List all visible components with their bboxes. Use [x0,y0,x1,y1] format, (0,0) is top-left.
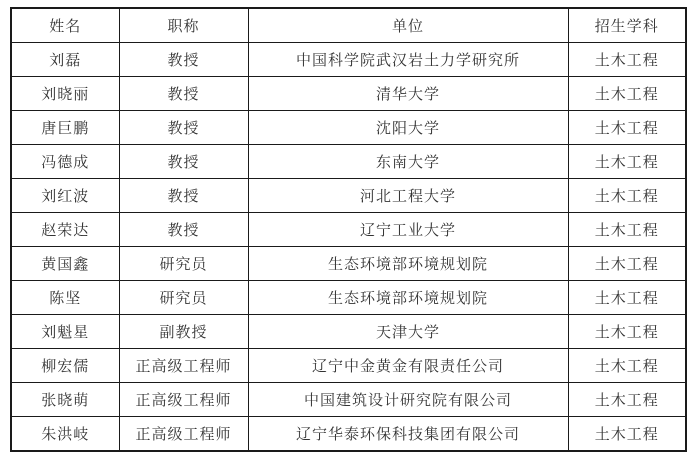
table-body: 刘磊教授中国科学院武汉岩土力学研究所土木工程刘晓丽教授清华大学土木工程唐巨鹏教授… [11,43,686,452]
cell-subject: 土木工程 [568,247,686,281]
header-cell-title: 职称 [119,8,248,43]
cell-name: 刘晓丽 [11,77,119,111]
table-row: 唐巨鹏教授沈阳大学土木工程 [11,111,686,145]
cell-title: 研究员 [119,247,248,281]
header-cell-name: 姓名 [11,8,119,43]
cell-subject: 土木工程 [568,349,686,383]
cell-name: 陈坚 [11,281,119,315]
cell-organization: 沈阳大学 [248,111,568,145]
cell-name: 赵荣达 [11,213,119,247]
cell-subject: 土木工程 [568,145,686,179]
cell-name: 唐巨鹏 [11,111,119,145]
header-cell-organization: 单位 [248,8,568,43]
table-row: 陈坚研究员生态环境部环境规划院土木工程 [11,281,686,315]
cell-subject: 土木工程 [568,417,686,452]
cell-subject: 土木工程 [568,383,686,417]
cell-subject: 土木工程 [568,179,686,213]
cell-name: 朱洪岐 [11,417,119,452]
table-row: 刘红波教授河北工程大学土木工程 [11,179,686,213]
cell-subject: 土木工程 [568,43,686,77]
table-row: 刘磊教授中国科学院武汉岩土力学研究所土木工程 [11,43,686,77]
cell-organization: 河北工程大学 [248,179,568,213]
cell-subject: 土木工程 [568,77,686,111]
table-row: 柳宏儒正高级工程师辽宁中金黄金有限责任公司土木工程 [11,349,686,383]
cell-title: 教授 [119,77,248,111]
cell-name: 柳宏儒 [11,349,119,383]
table-row: 刘魁星副教授天津大学土木工程 [11,315,686,349]
cell-organization: 辽宁华泰环保科技集团有限公司 [248,417,568,452]
table-row: 朱洪岐正高级工程师辽宁华泰环保科技集团有限公司土木工程 [11,417,686,452]
table-row: 冯德成教授东南大学土木工程 [11,145,686,179]
cell-organization: 辽宁工业大学 [248,213,568,247]
cell-organization: 生态环境部环境规划院 [248,247,568,281]
cell-organization: 生态环境部环境规划院 [248,281,568,315]
cell-subject: 土木工程 [568,213,686,247]
cell-title: 正高级工程师 [119,349,248,383]
table-row: 黄国鑫研究员生态环境部环境规划院土木工程 [11,247,686,281]
cell-name: 刘磊 [11,43,119,77]
cell-title: 教授 [119,145,248,179]
cell-organization: 天津大学 [248,315,568,349]
faculty-roster-table: 姓名职称单位招生学科 刘磊教授中国科学院武汉岩土力学研究所土木工程刘晓丽教授清华… [10,7,687,452]
cell-title: 正高级工程师 [119,417,248,452]
cell-name: 张晓萌 [11,383,119,417]
cell-title: 教授 [119,179,248,213]
table-header: 姓名职称单位招生学科 [11,8,686,43]
table-container: 姓名职称单位招生学科 刘磊教授中国科学院武汉岩土力学研究所土木工程刘晓丽教授清华… [10,7,687,452]
cell-name: 刘红波 [11,179,119,213]
table-row: 张晓萌正高级工程师中国建筑设计研究院有限公司土木工程 [11,383,686,417]
cell-title: 副教授 [119,315,248,349]
header-row: 姓名职称单位招生学科 [11,8,686,43]
table-row: 刘晓丽教授清华大学土木工程 [11,77,686,111]
cell-organization: 东南大学 [248,145,568,179]
cell-name: 刘魁星 [11,315,119,349]
cell-name: 冯德成 [11,145,119,179]
cell-title: 教授 [119,43,248,77]
header-cell-subject: 招生学科 [568,8,686,43]
cell-title: 教授 [119,213,248,247]
cell-name: 黄国鑫 [11,247,119,281]
cell-organization: 中国建筑设计研究院有限公司 [248,383,568,417]
cell-subject: 土木工程 [568,111,686,145]
cell-subject: 土木工程 [568,315,686,349]
cell-title: 研究员 [119,281,248,315]
table-row: 赵荣达教授辽宁工业大学土木工程 [11,213,686,247]
cell-organization: 清华大学 [248,77,568,111]
cell-subject: 土木工程 [568,281,686,315]
cell-title: 教授 [119,111,248,145]
cell-organization: 中国科学院武汉岩土力学研究所 [248,43,568,77]
cell-organization: 辽宁中金黄金有限责任公司 [248,349,568,383]
cell-title: 正高级工程师 [119,383,248,417]
